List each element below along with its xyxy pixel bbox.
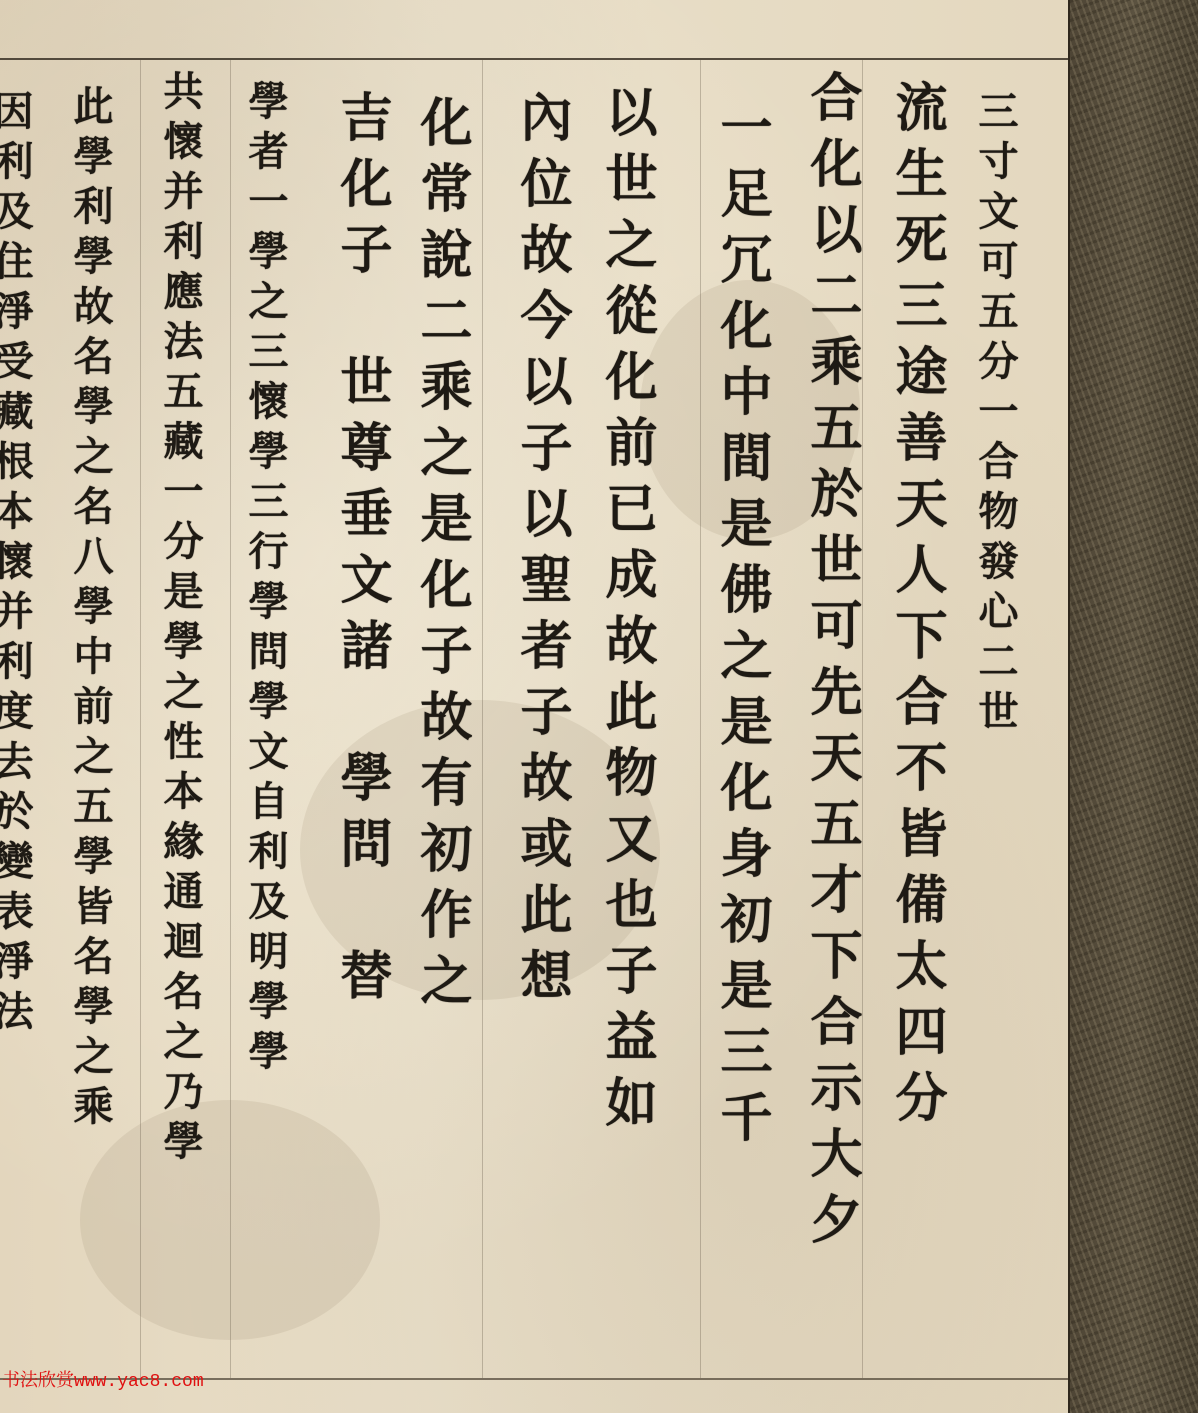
calligraphy-column-1: 三寸文可五分一合物發心二世 (975, 90, 1015, 740)
column-ruling (700, 60, 701, 1378)
calligraphy-column-4: 一足冗化中間是佛之是化身初是三千 (715, 100, 767, 1156)
column-ruling (230, 60, 231, 1378)
column-ruling (482, 60, 483, 1378)
website-watermark: 书法欣赏www.yac8.com (2, 1373, 204, 1391)
top-ruled-line (0, 58, 1068, 60)
calligraphy-column-6: 內位故今以子以聖者子故或此想 (515, 90, 567, 1014)
brocade-mounting-border (1068, 0, 1198, 1413)
calligraphy-column-2: 流生死三途善天人下合不皆備太四分 (890, 80, 942, 1136)
column-ruling (862, 60, 863, 1378)
calligraphy-column-3: 合化以二乘五於世可先天五才下合示大夕 (805, 70, 857, 1258)
calligraphy-column-5: 以世之從化前已成故此物又也子益如 (600, 85, 652, 1141)
calligraphy-column-7: 化常說二乘之是化子故有初作之 (415, 95, 467, 1019)
calligraphy-column-10: 共懷并利應法五藏一分是學之性本緣通迴名之乃學 (160, 70, 200, 1170)
calligraphy-column-11: 此學利學故名學之名八學中前之五學皆名學之乘 (70, 85, 110, 1135)
column-ruling (140, 60, 141, 1378)
calligraphy-column-12: 因利及住淨受藏根本懷并利度去於變表淨法 (0, 90, 30, 1040)
calligraphy-column-9: 學者一學之三懷學三行學問學文自利及明學學 (245, 80, 285, 1080)
manuscript-paper: 三寸文可五分一合物發心二世 流生死三途善天人下合不皆備太四分 合化以二乘五於世可… (0, 0, 1068, 1413)
calligraphy-column-8: 吉化子 世尊垂文諸 學問 替 (335, 90, 387, 1014)
